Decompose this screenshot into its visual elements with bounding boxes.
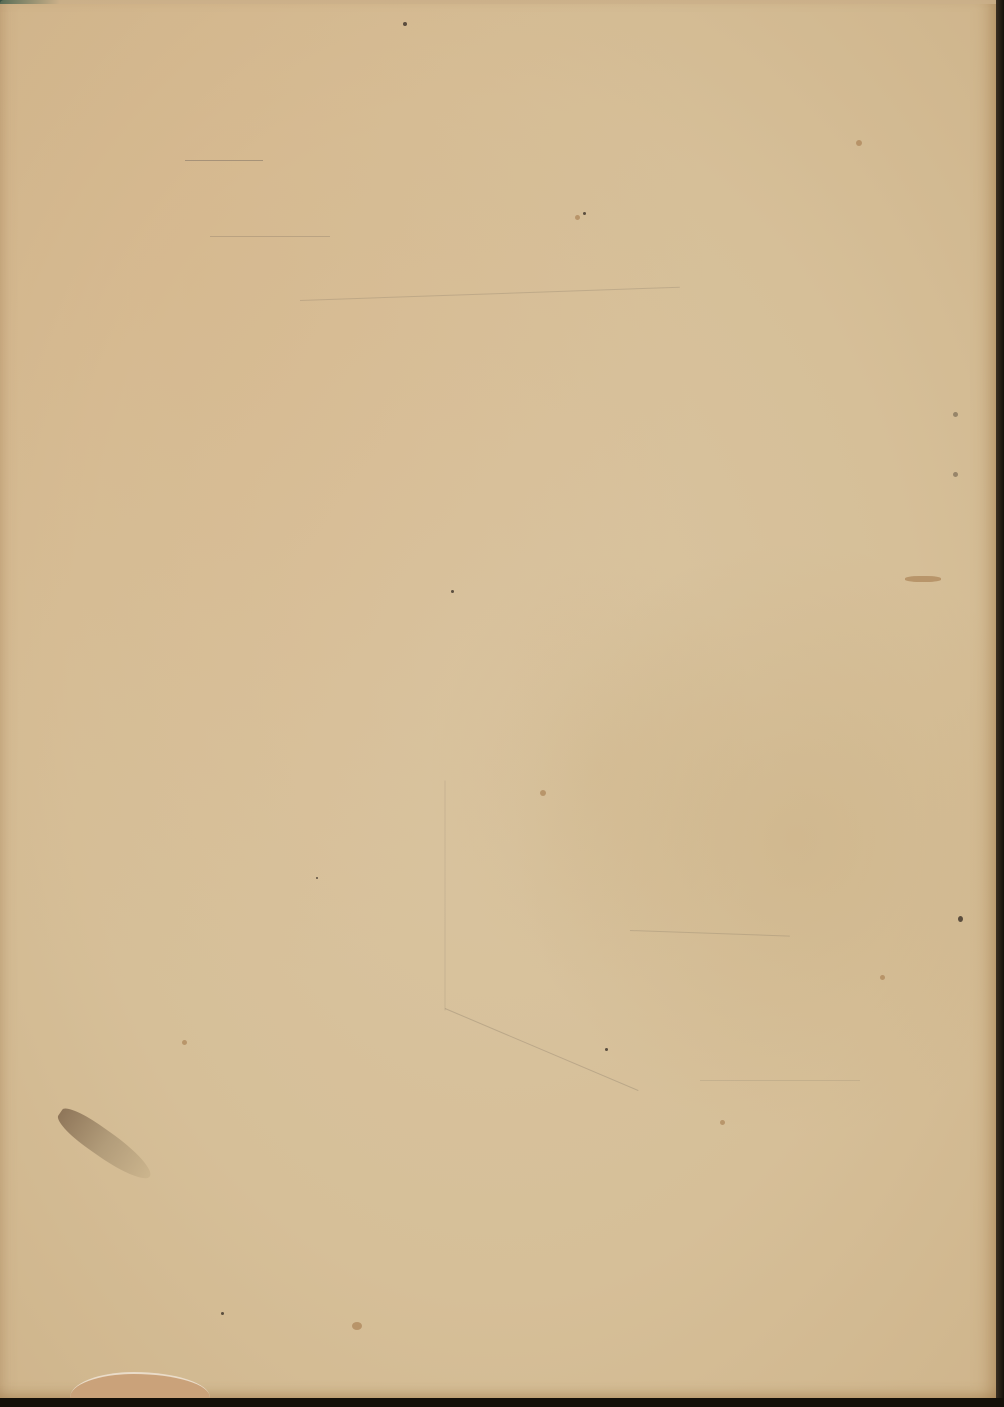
scanned-page-view (0, 0, 1004, 1407)
ink-dot (953, 412, 958, 417)
paper-stain (53, 1102, 158, 1186)
foxing-spot (880, 975, 885, 980)
ink-dot (451, 590, 454, 593)
ink-dot (403, 22, 407, 26)
scratch-mark (445, 781, 446, 1011)
foxing-spot (540, 790, 546, 796)
scratch-mark (700, 1080, 860, 1081)
scratch-mark (185, 160, 263, 161)
right-border (996, 0, 1004, 1407)
ink-dot (605, 1048, 608, 1051)
scratch-mark (300, 287, 680, 301)
foxing-spot (352, 1322, 362, 1330)
foxing-spot (905, 576, 941, 582)
scratch-mark (210, 236, 330, 237)
foxing-spot (182, 1040, 187, 1045)
foxing-spot (575, 215, 580, 220)
foxing-spot (720, 1120, 725, 1125)
foxing-spot (856, 140, 862, 146)
ink-dot (316, 877, 318, 879)
torn-edge (70, 1372, 210, 1400)
ink-dot (953, 472, 958, 477)
scratch-mark (630, 930, 790, 937)
scratch-mark (445, 1008, 639, 1091)
ink-dot (958, 916, 963, 922)
blank-aged-page (0, 0, 996, 1398)
ink-dot (221, 1312, 224, 1315)
bottom-border (0, 1398, 1004, 1407)
page-top-edge (0, 0, 996, 4)
ink-dot (583, 212, 586, 215)
